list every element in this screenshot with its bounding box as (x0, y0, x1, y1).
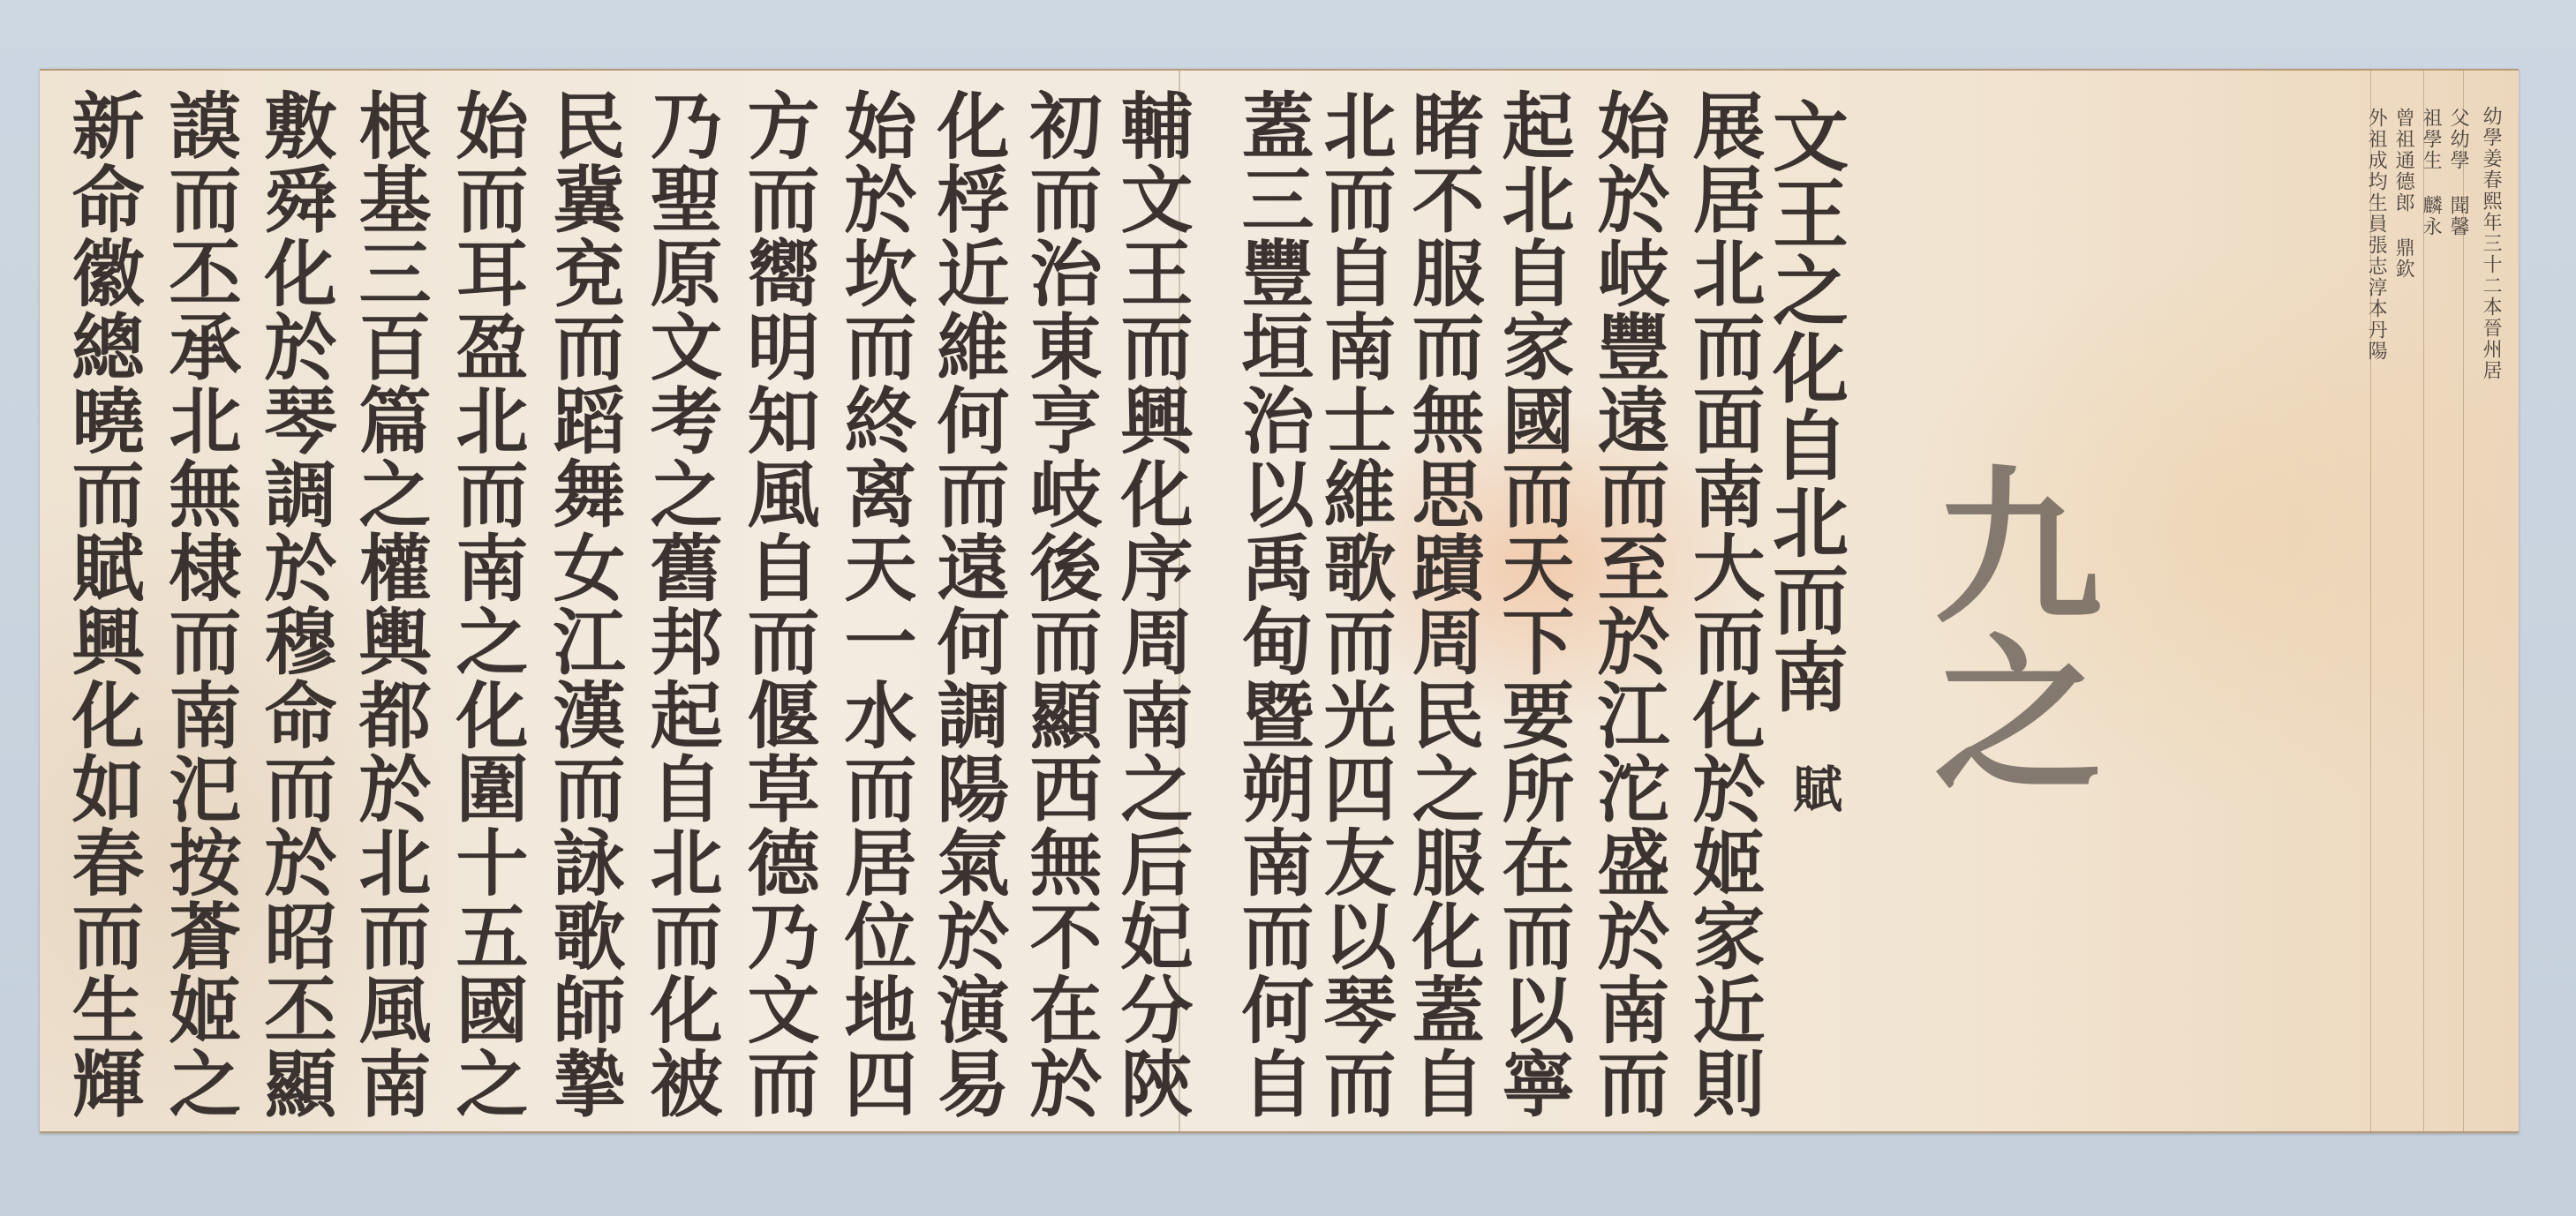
text-column-8: 初而治東亨岐後而顯西無不在於 (1024, 88, 1096, 1120)
text-column-1: 展居北而面南大而化於姬家近則 (1687, 88, 1759, 1120)
text-column-9: 化桴近維何而遠何調陽氣於演易 (931, 88, 1004, 1120)
grade-mark-char-2: 之 (1907, 627, 2102, 794)
text-column-2: 始於岐豐遠而至於江沱盛於南而 (1592, 88, 1664, 1120)
maternal-grandfather-line: 外祖成均生員張志淳本丹陽 (2366, 108, 2386, 362)
text-column-10: 始於坎而終离天一水而居位地四 (839, 88, 911, 1120)
father-line: 父幼學 聞馨 (2448, 108, 2468, 237)
text-column-4: 睹不服而無思蹟周民之服化蓋自 (1406, 88, 1479, 1120)
text-column-3: 起北自家國而天下要所在而以寧 (1496, 88, 1569, 1120)
essay-title: 文王之化自北而南 (1766, 97, 1842, 715)
exam-paper: 幼學姜春熙年三十二本晉州居 父幼學 聞馨 祖學生 麟永 曾祖通德郎 鼎欽 外祖成… (40, 69, 2519, 1133)
text-column-7: 輔文王而興化序周南之后妃分陝 (1115, 88, 1187, 1120)
text-column-17: 謨而丕承北無棣而南汜按蒼姬之 (163, 88, 236, 1120)
text-column-16: 敷舜化於琴調於穆命而於昭丕顯 (259, 88, 331, 1120)
text-column-6: 蓋三豐垣治以禹甸暨朔南而何自 (1236, 88, 1308, 1120)
text-column-15: 根基三百篇之權輿都於北而風南 (353, 88, 426, 1120)
text-column-18: 新命徽總曉而賦興化如春而生輝 (66, 88, 139, 1120)
grade-mark-char-1: 九 (1907, 459, 2102, 627)
examinee-name-line: 幼學姜春熙年三十二本晉州居 (2481, 106, 2501, 381)
text-column-11: 方而嚮明知風自而偃草德乃文而 (742, 88, 814, 1120)
grade-mark: 九之 (1916, 459, 2092, 794)
grandfather-line: 祖學生 麟永 (2421, 108, 2441, 237)
text-column-5: 北而自南士維歌而光四友以琴而 (1318, 88, 1390, 1120)
great-grandfather-line: 曾祖通德郎 鼎欽 (2393, 108, 2414, 280)
text-column-14: 始而耳盈北而南之化圍十五國之 (450, 88, 523, 1120)
text-column-13: 民冀兗而蹈舞女江漢而詠歌師摯 (547, 88, 620, 1120)
text-column-12: 乃聖原文考之舊邦起自北而化被 (644, 88, 717, 1120)
genre-mark: 賦 (1779, 763, 1849, 813)
